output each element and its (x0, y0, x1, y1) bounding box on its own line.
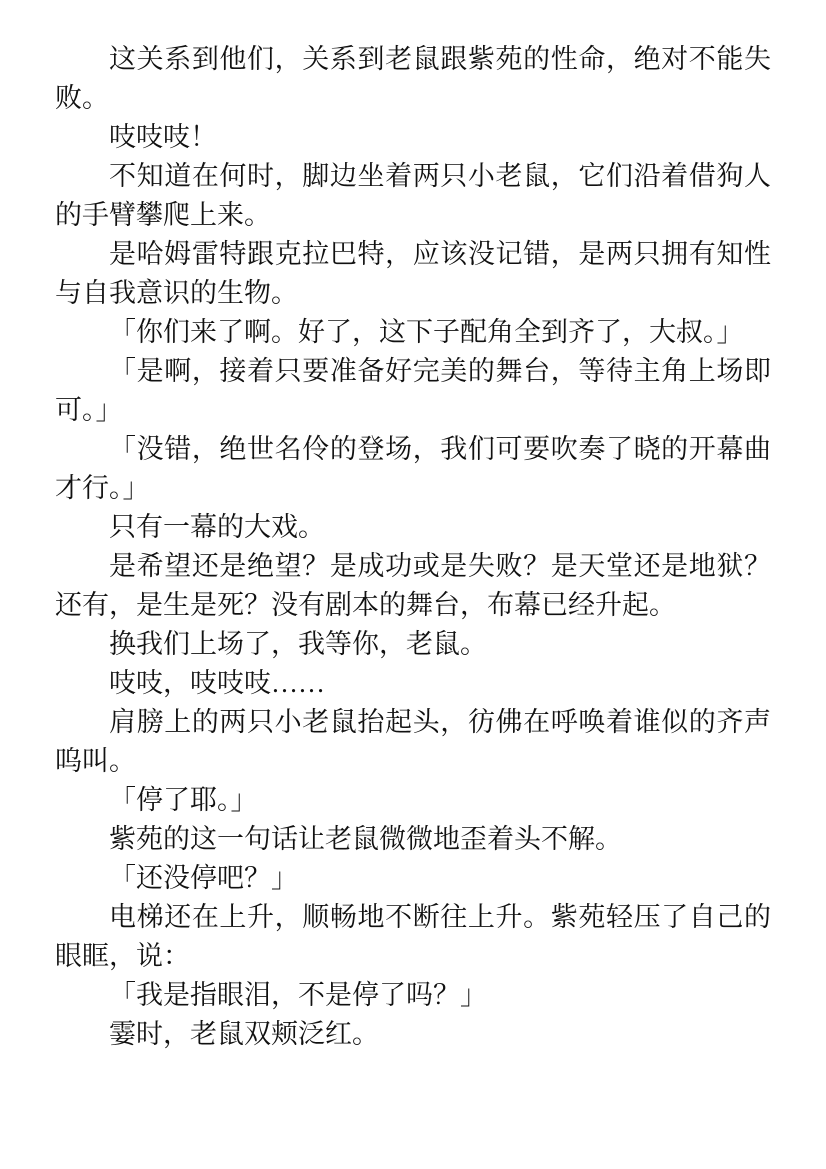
paragraph: 「是啊，接着只要准备好完美的舞台，等待主角上场即可。」 (55, 352, 771, 430)
paragraph: 是哈姆雷特跟克拉巴特，应该没记错，是两只拥有知性与自我意识的生物。 (55, 235, 771, 313)
paragraph: 只有一幕的大戏。 (55, 508, 771, 547)
page-text: 这关系到他们，关系到老鼠跟紫苑的性命，绝对不能失败。 吱吱吱！ 不知道在何时，脚… (55, 40, 771, 1054)
paragraph: 换我们上场了，我等你，老鼠。 (55, 625, 771, 664)
paragraph: 「停了耶。」 (55, 781, 771, 820)
paragraph: 肩膀上的两只小老鼠抬起头，彷佛在呼唤着谁似的齐声呜叫。 (55, 703, 771, 781)
paragraph: 不知道在何时，脚边坐着两只小老鼠，它们沿着借狗人的手臂攀爬上来。 (55, 157, 771, 235)
paragraph: 吱吱，吱吱吱…… (55, 664, 771, 703)
book-page: 这关系到他们，关系到老鼠跟紫苑的性命，绝对不能失败。 吱吱吱！ 不知道在何时，脚… (0, 0, 826, 1169)
paragraph: 霎时，老鼠双颊泛红。 (55, 1015, 771, 1054)
paragraph: 「我是指眼泪，不是停了吗？」 (55, 976, 771, 1015)
paragraph: 这关系到他们，关系到老鼠跟紫苑的性命，绝对不能失败。 (55, 40, 771, 118)
paragraph: 「你们来了啊。好了，这下子配角全到齐了，大叔。」 (55, 313, 771, 352)
paragraph: 「还没停吧？」 (55, 859, 771, 898)
paragraph: 紫苑的这一句话让老鼠微微地歪着头不解。 (55, 820, 771, 859)
paragraph: 电梯还在上升，顺畅地不断往上升。紫苑轻压了自己的眼眶，说： (55, 898, 771, 976)
paragraph: 是希望还是绝望？是成功或是失败？是天堂还是地狱？还有，是生是死？没有剧本的舞台，… (55, 547, 771, 625)
paragraph: 「没错，绝世名伶的登场，我们可要吹奏了晓的开幕曲才行。」 (55, 430, 771, 508)
paragraph: 吱吱吱！ (55, 118, 771, 157)
